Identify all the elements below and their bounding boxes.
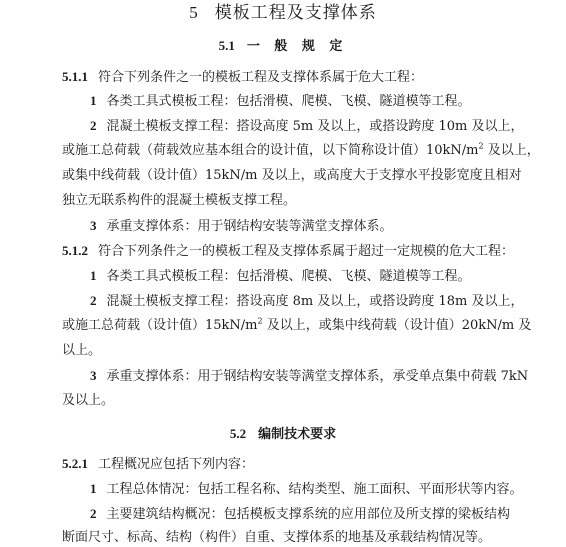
- list-item-continuation: 独立无联系构件的混凝土模板支撑工程。: [62, 193, 510, 209]
- clause-5-2-1: 5.2.1工程概况应包括下列内容：: [62, 456, 510, 473]
- list-item-continuation: 或施工总荷载（设计值）15kN/m2 及以上，或集中线荷载（设计值）20kN/m…: [62, 318, 510, 334]
- list-item: 2混凝土模板支撑工程：搭设高度 8m 及以上，或搭设跨度 18m 及以上，: [90, 293, 510, 310]
- list-item: 2主要建筑结构概况：包括模板支撑系统的应用部位及所支撑的梁板结构: [90, 506, 510, 523]
- list-item-continuation: 或集中线荷载（设计值）15kN/m 及以上，或高度大于支撑水平投影宽度且相对: [62, 168, 510, 184]
- list-item: 1工程总体情况：包括工程名称、结构类型、施工面积、平面形状等内容。: [90, 481, 510, 498]
- clause-5-1-1: 5.1.1符合下列条件之一的模板工程及支撑体系属于危大工程：: [62, 69, 510, 86]
- list-item-continuation: 及以上。: [62, 393, 510, 409]
- list-item: 1各类工具式模板工程：包括滑模、爬模、飞模、隧道模等工程。: [90, 268, 510, 285]
- list-item: 2混凝土模板支撑工程：搭设高度 5m 及以上，或搭设跨度 10m 及以上，: [90, 118, 510, 135]
- list-item: 1各类工具式模板工程：包括滑模、爬模、飞模、隧道模等工程。: [90, 93, 510, 110]
- section-title-5-1: 5.1一 般 规 定: [0, 38, 566, 55]
- chapter-number: 5: [189, 3, 199, 22]
- list-item: 3承重支撑体系：用于钢结构安装等满堂支撑体系。: [90, 218, 510, 235]
- chapter-title-text: 模板工程及支撑体系: [215, 3, 377, 23]
- list-item-continuation: 或施工总荷载（荷载效应基本组合的设计值，以下简称设计值）10kN/m2 及以上，: [62, 143, 510, 159]
- document-page: 5模板工程及支撑体系 5.1一 般 规 定 5.1.1符合下列条件之一的模板工程…: [0, 0, 566, 547]
- list-item: 3承重支撑体系：用于钢结构安装等满堂支撑体系，承受单点集中荷载 7kN: [90, 368, 510, 385]
- section-title-5-2: 5.2编制技术要求: [0, 426, 566, 443]
- chapter-title: 5模板工程及支撑体系: [0, 2, 566, 24]
- clause-5-1-2: 5.1.2符合下列条件之一的模板工程及支撑体系属于超过一定规模的危大工程：: [62, 243, 510, 260]
- list-item-continuation: 以上。: [62, 343, 510, 359]
- list-item-continuation: 断面尺寸、标高、结构（构件）自重、支撑体系的地基及承载结构情况等。: [62, 530, 510, 546]
